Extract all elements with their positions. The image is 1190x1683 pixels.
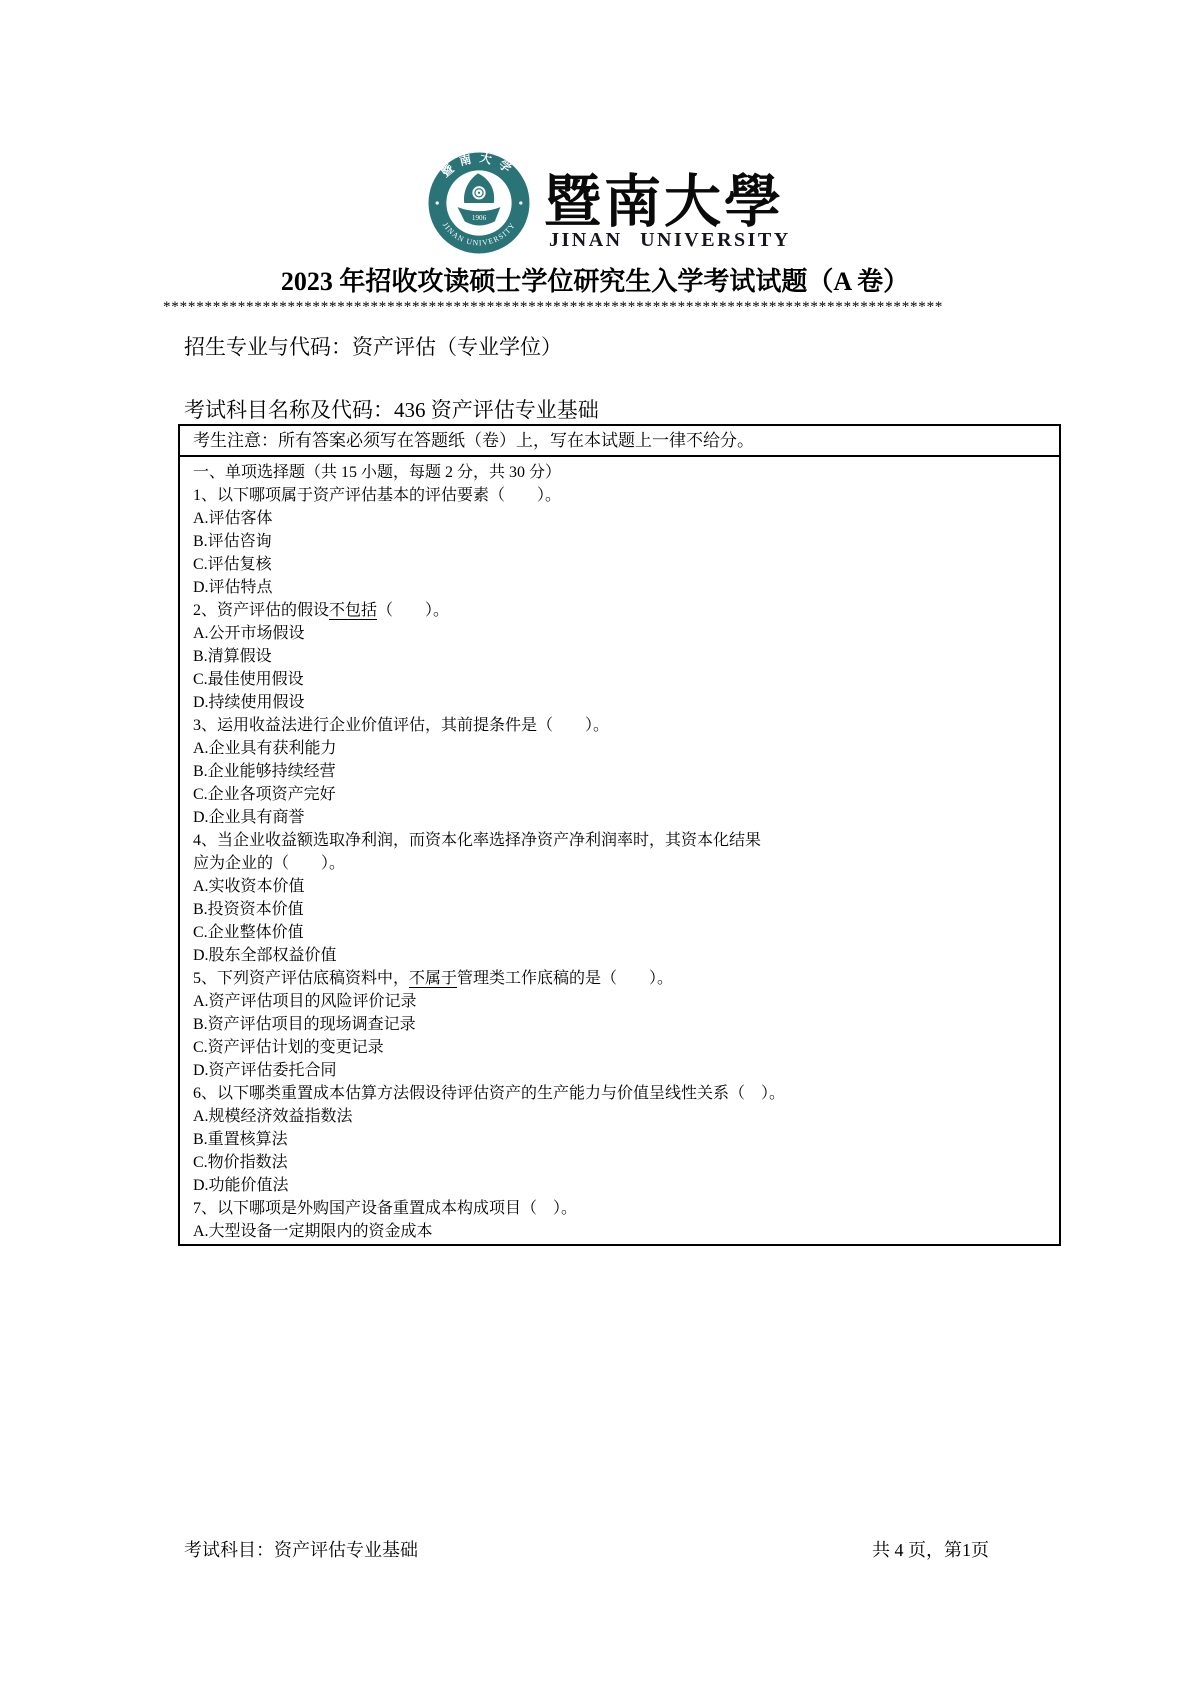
exam-content-box: 考生注意：所有答案必须写在答题纸（卷）上，写在本试题上一律不给分。 一、单项选择… bbox=[178, 424, 1061, 1246]
line-text: D.评估特点 bbox=[193, 579, 273, 596]
line-text: C.企业整体价值 bbox=[193, 924, 304, 941]
exam-paper-page: 暨南大学 JINAN UNIVERSITY 1906 暨南大學 JINAN UN… bbox=[0, 0, 1190, 1683]
line-text: C.资产评估计划的变更记录 bbox=[193, 1039, 384, 1056]
seal-left-dot bbox=[436, 201, 439, 204]
line-text: D.功能价值法 bbox=[193, 1177, 289, 1194]
line-text: A.资产评估项目的风险评价记录 bbox=[193, 993, 417, 1010]
line-text: 4、当企业收益额选取净利润，而资本化率选择净资产净利润率时，其资本化结果 bbox=[193, 832, 761, 849]
major-code-line: 招生专业与代码：资产评估（专业学位） bbox=[184, 331, 562, 361]
line-text: A.企业具有获利能力 bbox=[193, 740, 337, 757]
page-title: 2023 年招收攻读硕士学位研究生入学考试试题（A 卷） bbox=[0, 261, 1190, 298]
line-text: B.评估咨询 bbox=[193, 533, 272, 550]
line-text: A.实收资本价值 bbox=[193, 878, 305, 895]
asterisk-divider: ****************************************… bbox=[163, 299, 1040, 317]
line-text: C.物价指数法 bbox=[193, 1154, 288, 1171]
line-text: D.资产评估委托合同 bbox=[193, 1062, 337, 1079]
university-name-chinese: 暨南大學 bbox=[544, 156, 784, 238]
line-text: B.投资资本价值 bbox=[193, 901, 304, 918]
line-text: 2、资产评估的假设 bbox=[193, 602, 329, 619]
exam-lines: 一、单项选择题（共 15 小题，每题 2 分，共 30 分）1、以下哪项属于资产… bbox=[180, 457, 1059, 1244]
line-text: 管理类工作底稿的是（ ）。 bbox=[457, 970, 673, 987]
line-text: C.企业各项资产完好 bbox=[193, 786, 336, 803]
seal-right-dot bbox=[519, 201, 522, 204]
footer-page-number: 共 4 页，第1页 bbox=[872, 1536, 989, 1562]
line-text: D.股东全部权益价值 bbox=[193, 947, 337, 964]
line-text: B.重置核算法 bbox=[193, 1131, 288, 1148]
seal-year: 1906 bbox=[472, 214, 487, 222]
line-text: A.公开市场假设 bbox=[193, 625, 305, 642]
underlined-text: 不属于 bbox=[409, 970, 457, 987]
subject-code-line: 考试科目名称及代码：436 资产评估专业基础 bbox=[184, 394, 599, 424]
line-text: 一、单项选择题（共 15 小题，每题 2 分，共 30 分） bbox=[193, 464, 561, 481]
underlined-text: 不包括 bbox=[329, 602, 377, 619]
candidate-notice: 考生注意：所有答案必须写在答题纸（卷）上，写在本试题上一律不给分。 bbox=[180, 426, 1059, 457]
footer-subject: 考试科目：资产评估专业基础 bbox=[184, 1536, 418, 1562]
line-text: B.资产评估项目的现场调查记录 bbox=[193, 1016, 416, 1033]
line-text: （ ）。 bbox=[377, 602, 449, 619]
line-text: C.最佳使用假设 bbox=[193, 671, 304, 688]
line-text: C.评估复核 bbox=[193, 556, 272, 573]
line-text: 5、下列资产评估底稿资料中， bbox=[193, 970, 409, 987]
university-name-english: JINAN UNIVERSITY bbox=[549, 229, 791, 252]
line-text: A.评估客体 bbox=[193, 510, 273, 527]
line-text: 6、以下哪类重置成本估算方法假设待评估资产的生产能力与价值呈线性关系（ ）。 bbox=[193, 1085, 785, 1102]
line-text: D.持续使用假设 bbox=[193, 694, 305, 711]
line-text: 应为企业的（ ）。 bbox=[193, 855, 345, 872]
line-text: 1、以下哪项属于资产评估基本的评估要素（ ）。 bbox=[193, 487, 561, 504]
university-seal-logo: 暨南大学 JINAN UNIVERSITY 1906 bbox=[428, 152, 530, 254]
line-text: B.企业能够持续经营 bbox=[193, 763, 336, 780]
line-text: D.企业具有商誉 bbox=[193, 809, 305, 826]
line-text: 3、运用收益法进行企业价值评估，其前提条件是（ ）。 bbox=[193, 717, 609, 734]
line-text: B.清算假设 bbox=[193, 648, 272, 665]
line-text: 7、以下哪项是外购国产设备重置成本构成项目（ ）。 bbox=[193, 1200, 577, 1217]
line-text: A.规模经济效益指数法 bbox=[193, 1108, 353, 1125]
line-text: A.大型设备一定期限内的资金成本 bbox=[193, 1223, 433, 1240]
